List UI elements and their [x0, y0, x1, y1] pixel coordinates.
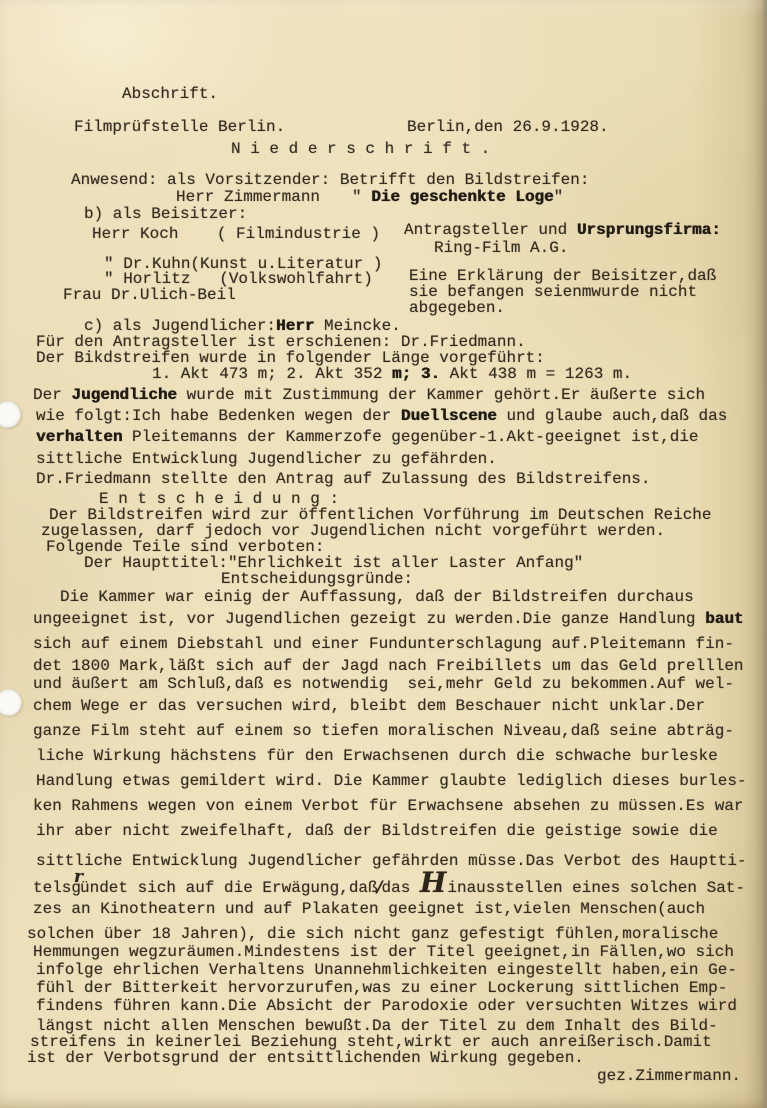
text-run: ungeeignet ist, vor Jugendlichen gezeigt… — [33, 610, 705, 628]
text-run: " — [554, 188, 564, 206]
text-run: Anwesend: als Vorsitzender: Betrifft den… — [71, 171, 589, 189]
text-run: Berlin,den 26.9.1928. — [407, 118, 609, 136]
text-run: Pleitemanns der Kammerzofe gegenüber-1.A… — [122, 428, 698, 446]
text-run: Die Kammer war einig der Auffassung, daß… — [60, 588, 694, 606]
overtyped-text-run: baut — [705, 610, 743, 628]
document-line: Hemmungen wegzuräumen.Mindestens ist der… — [33, 944, 734, 961]
text-run: b) als Beisitzer: — [84, 205, 247, 223]
film-title: " Die geschenkte Loge" — [352, 189, 563, 206]
document-line: abgegeben. — [409, 300, 505, 317]
document-line: solchen über 18 Jahren), die sich nicht … — [27, 926, 718, 943]
document-line: Handlung etwas gemildert wird. Die Kamme… — [36, 773, 747, 790]
text-run: und glaube auch,daß das — [497, 407, 727, 425]
text-run: Herr Zimmermann — [176, 188, 320, 206]
document-line: verhalten Pleitemanns der Kammerzofe geg… — [36, 429, 699, 446]
document-line: Herr Koch ( Filmindustrie ) — [92, 226, 380, 243]
text-run: ganze Film steht auf einem so tiefen mor… — [33, 722, 734, 740]
text-run: Handlung etwas gemildert wird. Die Kamme… — [36, 772, 747, 790]
text-run: det 1800 Mark,läßt sich auf der Jagd nac… — [33, 657, 744, 675]
overtyped-text-run: verhalten — [36, 428, 122, 446]
signature: gez.Zimmermann. — [597, 1068, 741, 1085]
text-run: fühl der Bitterkeit hervorzurufen,was zu… — [36, 979, 727, 997]
text-run: das — [381, 879, 419, 897]
date-line: Berlin,den 26.9.1928. — [407, 119, 609, 136]
document-line: Anwesend: als Vorsitzender: Betrifft den… — [71, 172, 589, 189]
film-length: 1. Akt 473 m; 2. Akt 352 m; 3. Akt 438 m… — [152, 366, 632, 383]
document-line: Dr.Friedmann stellte den Antrag auf Zula… — [36, 471, 651, 488]
text-run: solchen über 18 Jahren), die sich nicht … — [27, 925, 718, 943]
text-run: abgegeben. — [409, 299, 505, 317]
text-run: Hemmungen wegzuräumen.Mindestens ist der… — [33, 943, 734, 961]
text-run: wie folgt:Ich habe Bedenken wegen der — [36, 407, 401, 425]
punch-hole-bottom — [0, 689, 22, 716]
document-line: fühl der Bitterkeit hervorzurufen,was zu… — [36, 980, 727, 997]
document-line: ist der Verbotsgrund der entsittlichende… — [27, 1050, 584, 1067]
text-run: ihr aber nicht zweifelhaft, daß der Bild… — [36, 822, 718, 840]
text-run: infolge ehrlichen Verhaltens Unannehmlic… — [36, 961, 737, 979]
text-run: ken Rahmens wegen von einem Verbot für E… — [33, 797, 744, 815]
document-line: ihr aber nicht zweifelhaft, daß der Bild… — [36, 823, 718, 840]
handwritten-correction: r — [74, 867, 83, 887]
text-run: 1. Akt 473 m; 2. Akt 352 — [152, 365, 392, 383]
document-line: ken Rahmens wegen von einem Verbot für E… — [33, 798, 744, 815]
document-line: sittliche Entwicklung Jugendlicher zu ge… — [36, 451, 497, 468]
text-run: chem Wege er das versuchen wird, bleibt … — [33, 697, 705, 715]
text-run: Frau Dr.Ulich-Beil — [63, 286, 236, 304]
text-run: Filmprüfstelle Berlin. — [74, 118, 285, 136]
office-name: Filmprüfstelle Berlin. — [74, 119, 285, 136]
document-line: chem Wege er das versuchen wird, bleibt … — [33, 698, 705, 715]
document-page: Abschrift.Filmprüfstelle Berlin.Berlin,d… — [0, 0, 767, 1108]
document-line: Antragsteller und Ursprungsfirma: — [404, 222, 721, 239]
text-run: Herr Koch ( Filmindustrie ) — [92, 225, 380, 243]
text-run: sittliche Entwicklung Jugendlicher gefäh… — [36, 852, 747, 870]
document-line: ganze Film steht auf einem so tiefen mor… — [33, 723, 734, 740]
text-run: und äußert am Schluß,daß es notwendig se… — [33, 675, 734, 693]
document-line: Herr Zimmermann — [176, 189, 320, 206]
document-line: Die Kammer war einig der Auffassung, daß… — [60, 589, 694, 606]
applicant-company: Ring-Film A.G. — [434, 240, 568, 257]
copy-heading: Abschrift. — [122, 86, 218, 103]
document-line: findens führen kann.Die Absicht der Paro… — [36, 998, 737, 1015]
text-run: sittliche Entwicklung Jugendlicher zu ge… — [36, 450, 497, 468]
text-run: Der — [33, 386, 71, 404]
reasons-heading: Entscheidungsgründe: — [221, 571, 413, 588]
text-run: Antragsteller und — [404, 221, 577, 239]
text-run: sich auf einem Diebstahl und einer Fundu… — [33, 635, 734, 653]
document-line: sich auf einem Diebstahl und einer Fundu… — [33, 636, 734, 653]
document-line: telsgründet sich auf die Erwägung,daß/da… — [33, 878, 745, 897]
text-run: Akt 438 m = 1263 m. — [440, 365, 632, 383]
overtyped-text-run: Jugendliche — [71, 386, 177, 404]
text-run: inausstellen eines solchen Sat- — [447, 879, 745, 897]
scan-edge — [762, 0, 767, 1108]
text-run: Ring-Film A.G. — [434, 239, 568, 257]
doc-type-heading: N i e d e r s c h r i f t . — [231, 141, 490, 158]
handwritten-correction: H — [420, 866, 446, 899]
text-run: liche Wirkung hächstens für den Erwachse… — [36, 747, 718, 765]
text-run: Abschrift. — [122, 85, 218, 103]
overtyped-text-run: Duellscene — [401, 407, 497, 425]
overtyped-text-run: m; 3. — [392, 365, 440, 383]
text-run: wurde mit Zustimmung der Kammer gehört.E… — [177, 386, 705, 404]
document-line: det 1800 Mark,läßt sich auf der Jagd nac… — [33, 658, 744, 675]
document-line: sittliche Entwicklung Jugendlicher gefäh… — [36, 853, 747, 870]
text-run: Dr.Friedmann stellte den Antrag auf Zula… — [36, 470, 651, 488]
document-line: Der Jugendliche wurde mit Zustimmung der… — [33, 387, 705, 404]
document-line: liche Wirkung hächstens für den Erwachse… — [36, 748, 718, 765]
overtyped-text-run: Die geschenkte Loge — [371, 188, 553, 206]
text-run: N i e d e r s c h r i f t . — [231, 140, 490, 158]
document-line: infolge ehrlichen Verhaltens Unannehmlic… — [36, 962, 737, 979]
document-line: zes an Kinotheatern und auf Plakaten gee… — [33, 901, 705, 918]
text-run: zes an Kinotheatern und auf Plakaten gee… — [33, 900, 705, 918]
text-run: " — [352, 188, 371, 206]
overtyped-text-run: Ursprungsfirma: — [577, 221, 721, 239]
document-line: wie folgt:Ich habe Bedenken wegen der Du… — [36, 408, 727, 425]
document-line: und äußert am Schluß,daß es notwendig se… — [33, 676, 734, 693]
text-run: ist der Verbotsgrund der entsittlichende… — [27, 1049, 584, 1067]
text-run: gez.Zimmermann. — [597, 1067, 741, 1085]
punch-hole-top — [0, 401, 21, 428]
document-line: b) als Beisitzer: — [84, 206, 247, 223]
text-run: findens führen kann.Die Absicht der Paro… — [36, 997, 737, 1015]
text-run: ündet sich auf die Erwägung,daß — [80, 879, 378, 897]
document-line: Frau Dr.Ulich-Beil — [63, 287, 236, 304]
document-line: ungeeignet ist, vor Jugendlichen gezeigt… — [33, 611, 744, 628]
text-run: Entscheidungsgründe: — [221, 570, 413, 588]
